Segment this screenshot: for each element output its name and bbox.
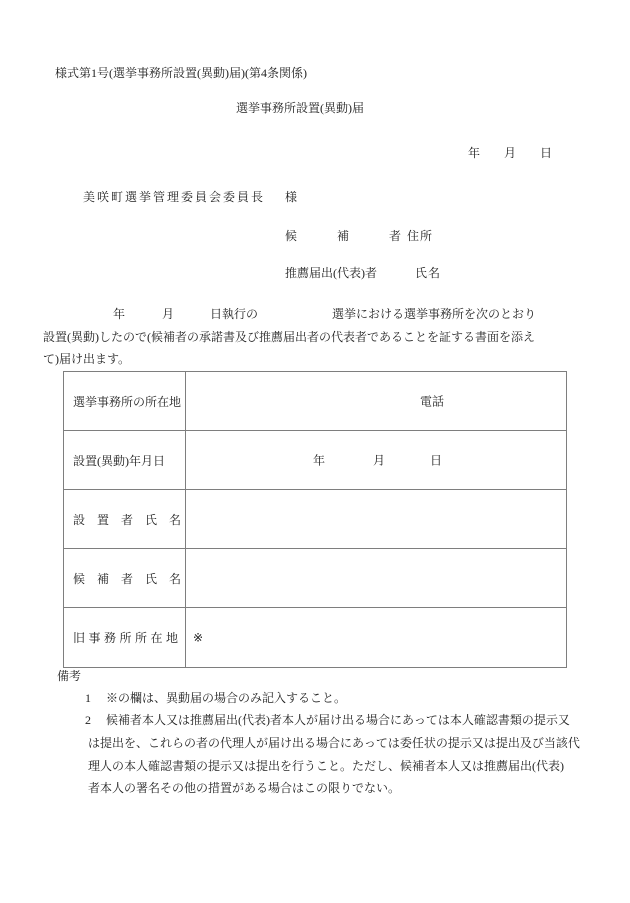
form-table: 選挙事務所の所在地 電話 設置(異動)年月日 年 月 日 設 置 者 氏 名 候… bbox=[63, 371, 567, 668]
body-line2: 設置(異動)したので(候補者の承諾書及び推薦届出者の代表者であることを証する書面… bbox=[43, 330, 535, 345]
note-1-text: ※の欄は、異動届の場合のみ記入すること。 bbox=[106, 691, 346, 706]
notes-heading: 備考 bbox=[57, 669, 81, 684]
office-location-label-text: 選挙事務所の所在地 bbox=[73, 393, 181, 410]
date-line: 年 月 日 bbox=[468, 146, 552, 161]
row-establish-date-value: 年 月 日 bbox=[186, 431, 566, 490]
note-2-line-2: は提出を、これらの者の代理人が届け出る場合にあっては委任状の提示又は提出及び当該… bbox=[88, 736, 580, 751]
note-2-line-1: 候補者本人又は推薦届出(代表)者本人が届け出る場合にあっては本人確認書類の提示又 bbox=[106, 713, 570, 728]
candidate-name-label-text: 候 補 者 氏 名 bbox=[73, 570, 181, 587]
form-number: 様式第1号(選挙事務所設置(異動)届)(第4条関係) bbox=[55, 66, 307, 81]
row-office-location-value: 電話 bbox=[186, 372, 566, 431]
body-election-clause: 選挙における選挙事務所を次のとおり bbox=[332, 307, 536, 322]
addressee: 美咲町選挙管理委員会委員長 bbox=[83, 190, 265, 205]
document-page: 様式第1号(選挙事務所設置(異動)届)(第4条関係) 選挙事務所設置(異動)届 … bbox=[0, 0, 630, 903]
candidate-label: 候 補 者 bbox=[285, 229, 402, 244]
body-month-label: 月 bbox=[162, 307, 174, 322]
body-year-label: 年 bbox=[113, 307, 125, 322]
table-year-label: 年 bbox=[313, 452, 325, 469]
establisher-name-label-text: 設 置 者 氏 名 bbox=[73, 511, 181, 528]
row-establisher-name-value bbox=[186, 490, 566, 549]
candidate-address-field-label: 住所 bbox=[407, 229, 433, 244]
establish-date-label-text: 設置(異動)年月日 bbox=[73, 452, 165, 469]
document-title: 選挙事務所設置(異動)届 bbox=[0, 101, 600, 116]
reference-marker: ※ bbox=[193, 630, 203, 645]
row-establish-date-label: 設置(異動)年月日 bbox=[64, 431, 186, 490]
table-day-label: 日 bbox=[430, 452, 442, 469]
body-line3: て)届け出ます。 bbox=[43, 352, 130, 367]
body-day-label: 日執行の bbox=[210, 307, 258, 322]
row-candidate-name-label: 候 補 者 氏 名 bbox=[64, 549, 186, 608]
nominator-name-field-label: 氏名 bbox=[415, 266, 441, 281]
note-2-line-4: 者本人の署名その他の措置がある場合はこの限りでない。 bbox=[88, 781, 400, 796]
row-establisher-name-label: 設 置 者 氏 名 bbox=[64, 490, 186, 549]
row-old-office-location-label: 旧事務所所在地 bbox=[64, 608, 186, 667]
row-candidate-name-value bbox=[186, 549, 566, 608]
row-old-office-location-value: ※ bbox=[186, 608, 566, 667]
note-2-line-3: 理人の本人確認書類の提示又は提出を行うこと。ただし、候補者本人又は推薦届出(代表… bbox=[88, 759, 564, 774]
row-office-location-label: 選挙事務所の所在地 bbox=[64, 372, 186, 431]
note-1-number: 1 bbox=[85, 691, 91, 706]
honorific-label: 様 bbox=[285, 190, 297, 205]
table-month-label: 月 bbox=[373, 452, 385, 469]
nominator-label: 推薦届出(代表)者 bbox=[285, 266, 377, 281]
telephone-label: 電話 bbox=[420, 393, 444, 410]
note-2-number: 2 bbox=[85, 713, 91, 728]
old-office-location-label-text: 旧事務所所在地 bbox=[73, 629, 182, 646]
